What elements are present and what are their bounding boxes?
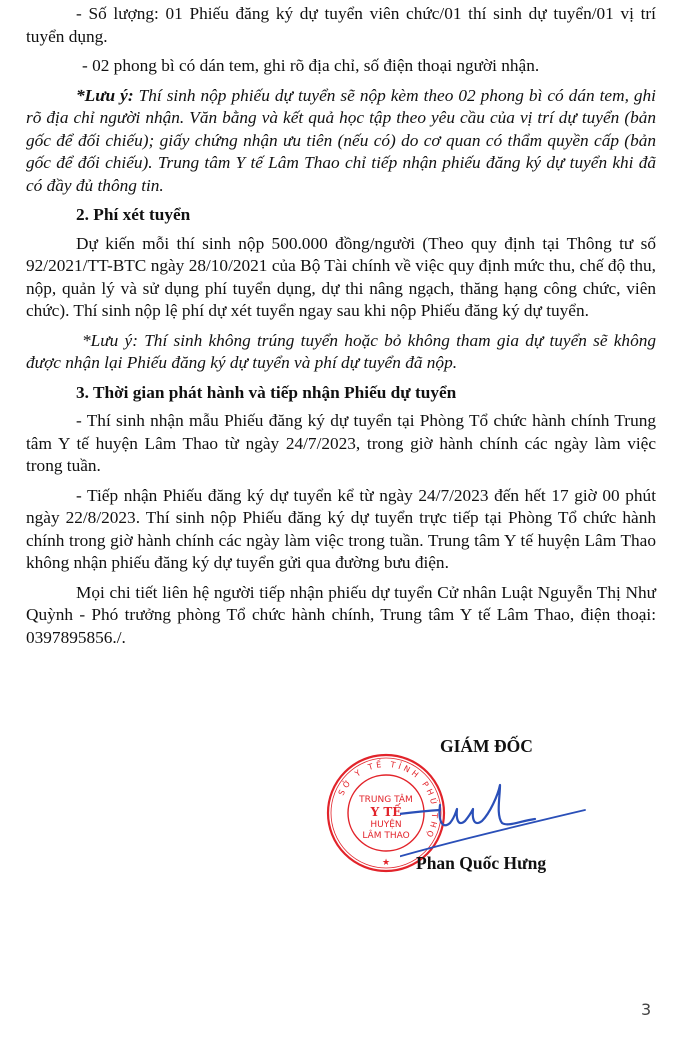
- document-body: - Số lượng: 01 Phiếu đăng ký dự tuyển vi…: [26, 3, 656, 656]
- note-submission: *Lưu ý: Thí sinh nộp phiếu dự tuyển sẽ n…: [26, 85, 656, 198]
- paragraph-fee: Dự kiến mỗi thí sinh nộp 500.000 đồng/ng…: [26, 233, 656, 323]
- signer-name: Phan Quốc Hưng: [416, 853, 546, 874]
- section-heading-timeline: 3. Thời gian phát hành và tiếp nhận Phiế…: [26, 382, 656, 405]
- paragraph-contact: Mọi chi tiết liên hệ người tiếp nhận phi…: [26, 582, 656, 650]
- paragraph-envelopes: - 02 phong bì có dán tem, ghi rõ địa chỉ…: [26, 55, 656, 78]
- signer-title: GIÁM ĐỐC: [440, 736, 533, 757]
- page-number: 3: [641, 1000, 651, 1019]
- note-refund: *Lưu ý: Thí sinh không trúng tuyển hoặc …: [26, 330, 656, 375]
- stamp-line-3: HUYỆN: [370, 818, 401, 830]
- stamp-line-2: Y TẾ: [370, 802, 402, 819]
- paragraph-receive: - Tiếp nhận Phiếu đăng ký dự tuyển kể từ…: [26, 485, 656, 575]
- note-label: *Lưu ý:: [76, 86, 134, 105]
- paragraph-quantity: - Số lượng: 01 Phiếu đăng ký dự tuyển vi…: [26, 3, 656, 48]
- svg-text:★: ★: [382, 858, 390, 868]
- section-heading-fee: 2. Phí xét tuyển: [26, 204, 656, 227]
- handwritten-signature: [400, 775, 600, 865]
- paragraph-issue: - Thí sinh nhận mẫu Phiếu đăng ký dự tuy…: [26, 410, 656, 478]
